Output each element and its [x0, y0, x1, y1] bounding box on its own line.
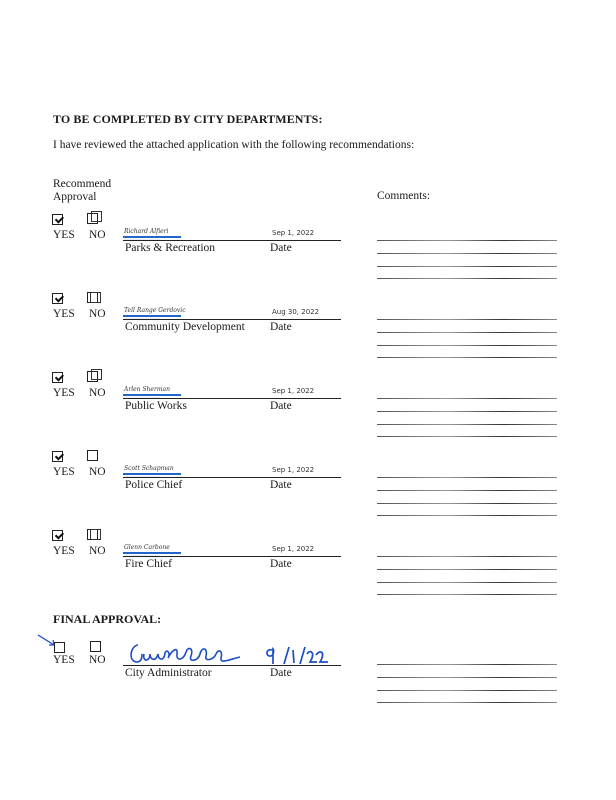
- no-label: NO: [89, 387, 106, 399]
- final-no-checkbox[interactable]: [90, 641, 101, 652]
- comment-line[interactable]: [377, 424, 557, 425]
- scan-artifact: [91, 369, 102, 380]
- no-checkbox[interactable]: [87, 292, 98, 303]
- signature-line: [123, 477, 341, 478]
- signature-line: [123, 398, 341, 399]
- final-date-label: Date: [270, 667, 292, 679]
- recommend-approval-label: Recommend Approval: [53, 178, 111, 204]
- e-signature: Glenn Carbone: [124, 544, 170, 551]
- e-signature: Arlen Sherman: [124, 386, 170, 393]
- signature-line: [123, 319, 341, 320]
- final-signature-line: [123, 665, 341, 666]
- final-approval-heading: FINAL APPROVAL:: [53, 612, 161, 627]
- signed-date: Sep 1, 2022: [272, 466, 314, 474]
- no-checkbox[interactable]: [87, 213, 98, 224]
- yes-label: YES: [53, 545, 75, 557]
- recommend-label-line1: Recommend: [53, 178, 111, 191]
- yes-checkbox[interactable]: [52, 214, 63, 225]
- department-name: Fire Chief: [125, 558, 172, 570]
- signed-date: Sep 1, 2022: [272, 545, 314, 553]
- e-signature: Scott Schapman: [124, 465, 174, 472]
- comment-line[interactable]: [377, 240, 557, 241]
- scan-artifact: [90, 529, 101, 540]
- comment-line[interactable]: [377, 582, 557, 583]
- comment-line[interactable]: [377, 398, 557, 399]
- department-name: Public Works: [125, 400, 187, 412]
- final-comment-line[interactable]: [377, 690, 557, 691]
- recommend-label-line2: Approval: [53, 191, 111, 204]
- intro-text: I have reviewed the attached application…: [53, 139, 414, 151]
- e-signature: Richard Alfieri: [124, 228, 168, 235]
- no-label: NO: [89, 466, 106, 478]
- comment-line[interactable]: [377, 411, 557, 412]
- no-checkbox[interactable]: [87, 450, 98, 461]
- comment-line[interactable]: [377, 515, 557, 516]
- date-label: Date: [270, 242, 292, 254]
- signed-date: Sep 1, 2022: [272, 387, 314, 395]
- comment-line[interactable]: [377, 278, 557, 279]
- no-label: NO: [89, 308, 106, 320]
- handwritten-signature: [128, 640, 243, 668]
- signature-line: [123, 240, 341, 241]
- comment-line[interactable]: [377, 266, 557, 267]
- comment-line[interactable]: [377, 332, 557, 333]
- signature-line: [123, 556, 341, 557]
- signed-date: Sep 1, 2022: [272, 229, 314, 237]
- final-comment-line[interactable]: [377, 702, 557, 703]
- signed-date: Aug 30, 2022: [272, 308, 319, 316]
- yes-label: YES: [53, 229, 75, 241]
- final-comment-line[interactable]: [377, 664, 557, 665]
- comments-label: Comments:: [377, 190, 430, 202]
- yes-label: YES: [53, 466, 75, 478]
- date-label: Date: [270, 479, 292, 491]
- comment-line[interactable]: [377, 556, 557, 557]
- comment-line[interactable]: [377, 319, 557, 320]
- scan-artifact: [90, 292, 101, 303]
- no-label: NO: [89, 545, 106, 557]
- e-signature: Tell Range Gerdovic: [124, 307, 186, 314]
- final-yes-checkbox[interactable]: [54, 642, 65, 653]
- no-checkbox[interactable]: [87, 529, 98, 540]
- scan-artifact: [91, 211, 102, 222]
- comment-line[interactable]: [377, 436, 557, 437]
- comment-line[interactable]: [377, 357, 557, 358]
- yes-checkbox[interactable]: [52, 530, 63, 541]
- department-name: Community Development: [125, 321, 245, 333]
- department-name: Police Chief: [125, 479, 182, 491]
- date-label: Date: [270, 321, 292, 333]
- comment-line[interactable]: [377, 503, 557, 504]
- date-label: Date: [270, 400, 292, 412]
- no-checkbox[interactable]: [87, 371, 98, 382]
- comment-line[interactable]: [377, 345, 557, 346]
- comment-line[interactable]: [377, 477, 557, 478]
- comment-line[interactable]: [377, 253, 557, 254]
- no-label: NO: [89, 229, 106, 241]
- yes-checkbox[interactable]: [52, 451, 63, 462]
- date-label: Date: [270, 558, 292, 570]
- final-comment-line[interactable]: [377, 677, 557, 678]
- final-yes-label: YES: [53, 654, 75, 666]
- final-no-label: NO: [89, 654, 106, 666]
- yes-label: YES: [53, 308, 75, 320]
- comment-line[interactable]: [377, 594, 557, 595]
- yes-checkbox[interactable]: [52, 293, 63, 304]
- comment-line[interactable]: [377, 490, 557, 491]
- department-name: Parks & Recreation: [125, 242, 215, 254]
- comment-line[interactable]: [377, 569, 557, 570]
- yes-checkbox[interactable]: [52, 372, 63, 383]
- section-heading: TO BE COMPLETED BY CITY DEPARTMENTS:: [53, 112, 323, 127]
- final-title: City Administrator: [125, 667, 212, 679]
- yes-label: YES: [53, 387, 75, 399]
